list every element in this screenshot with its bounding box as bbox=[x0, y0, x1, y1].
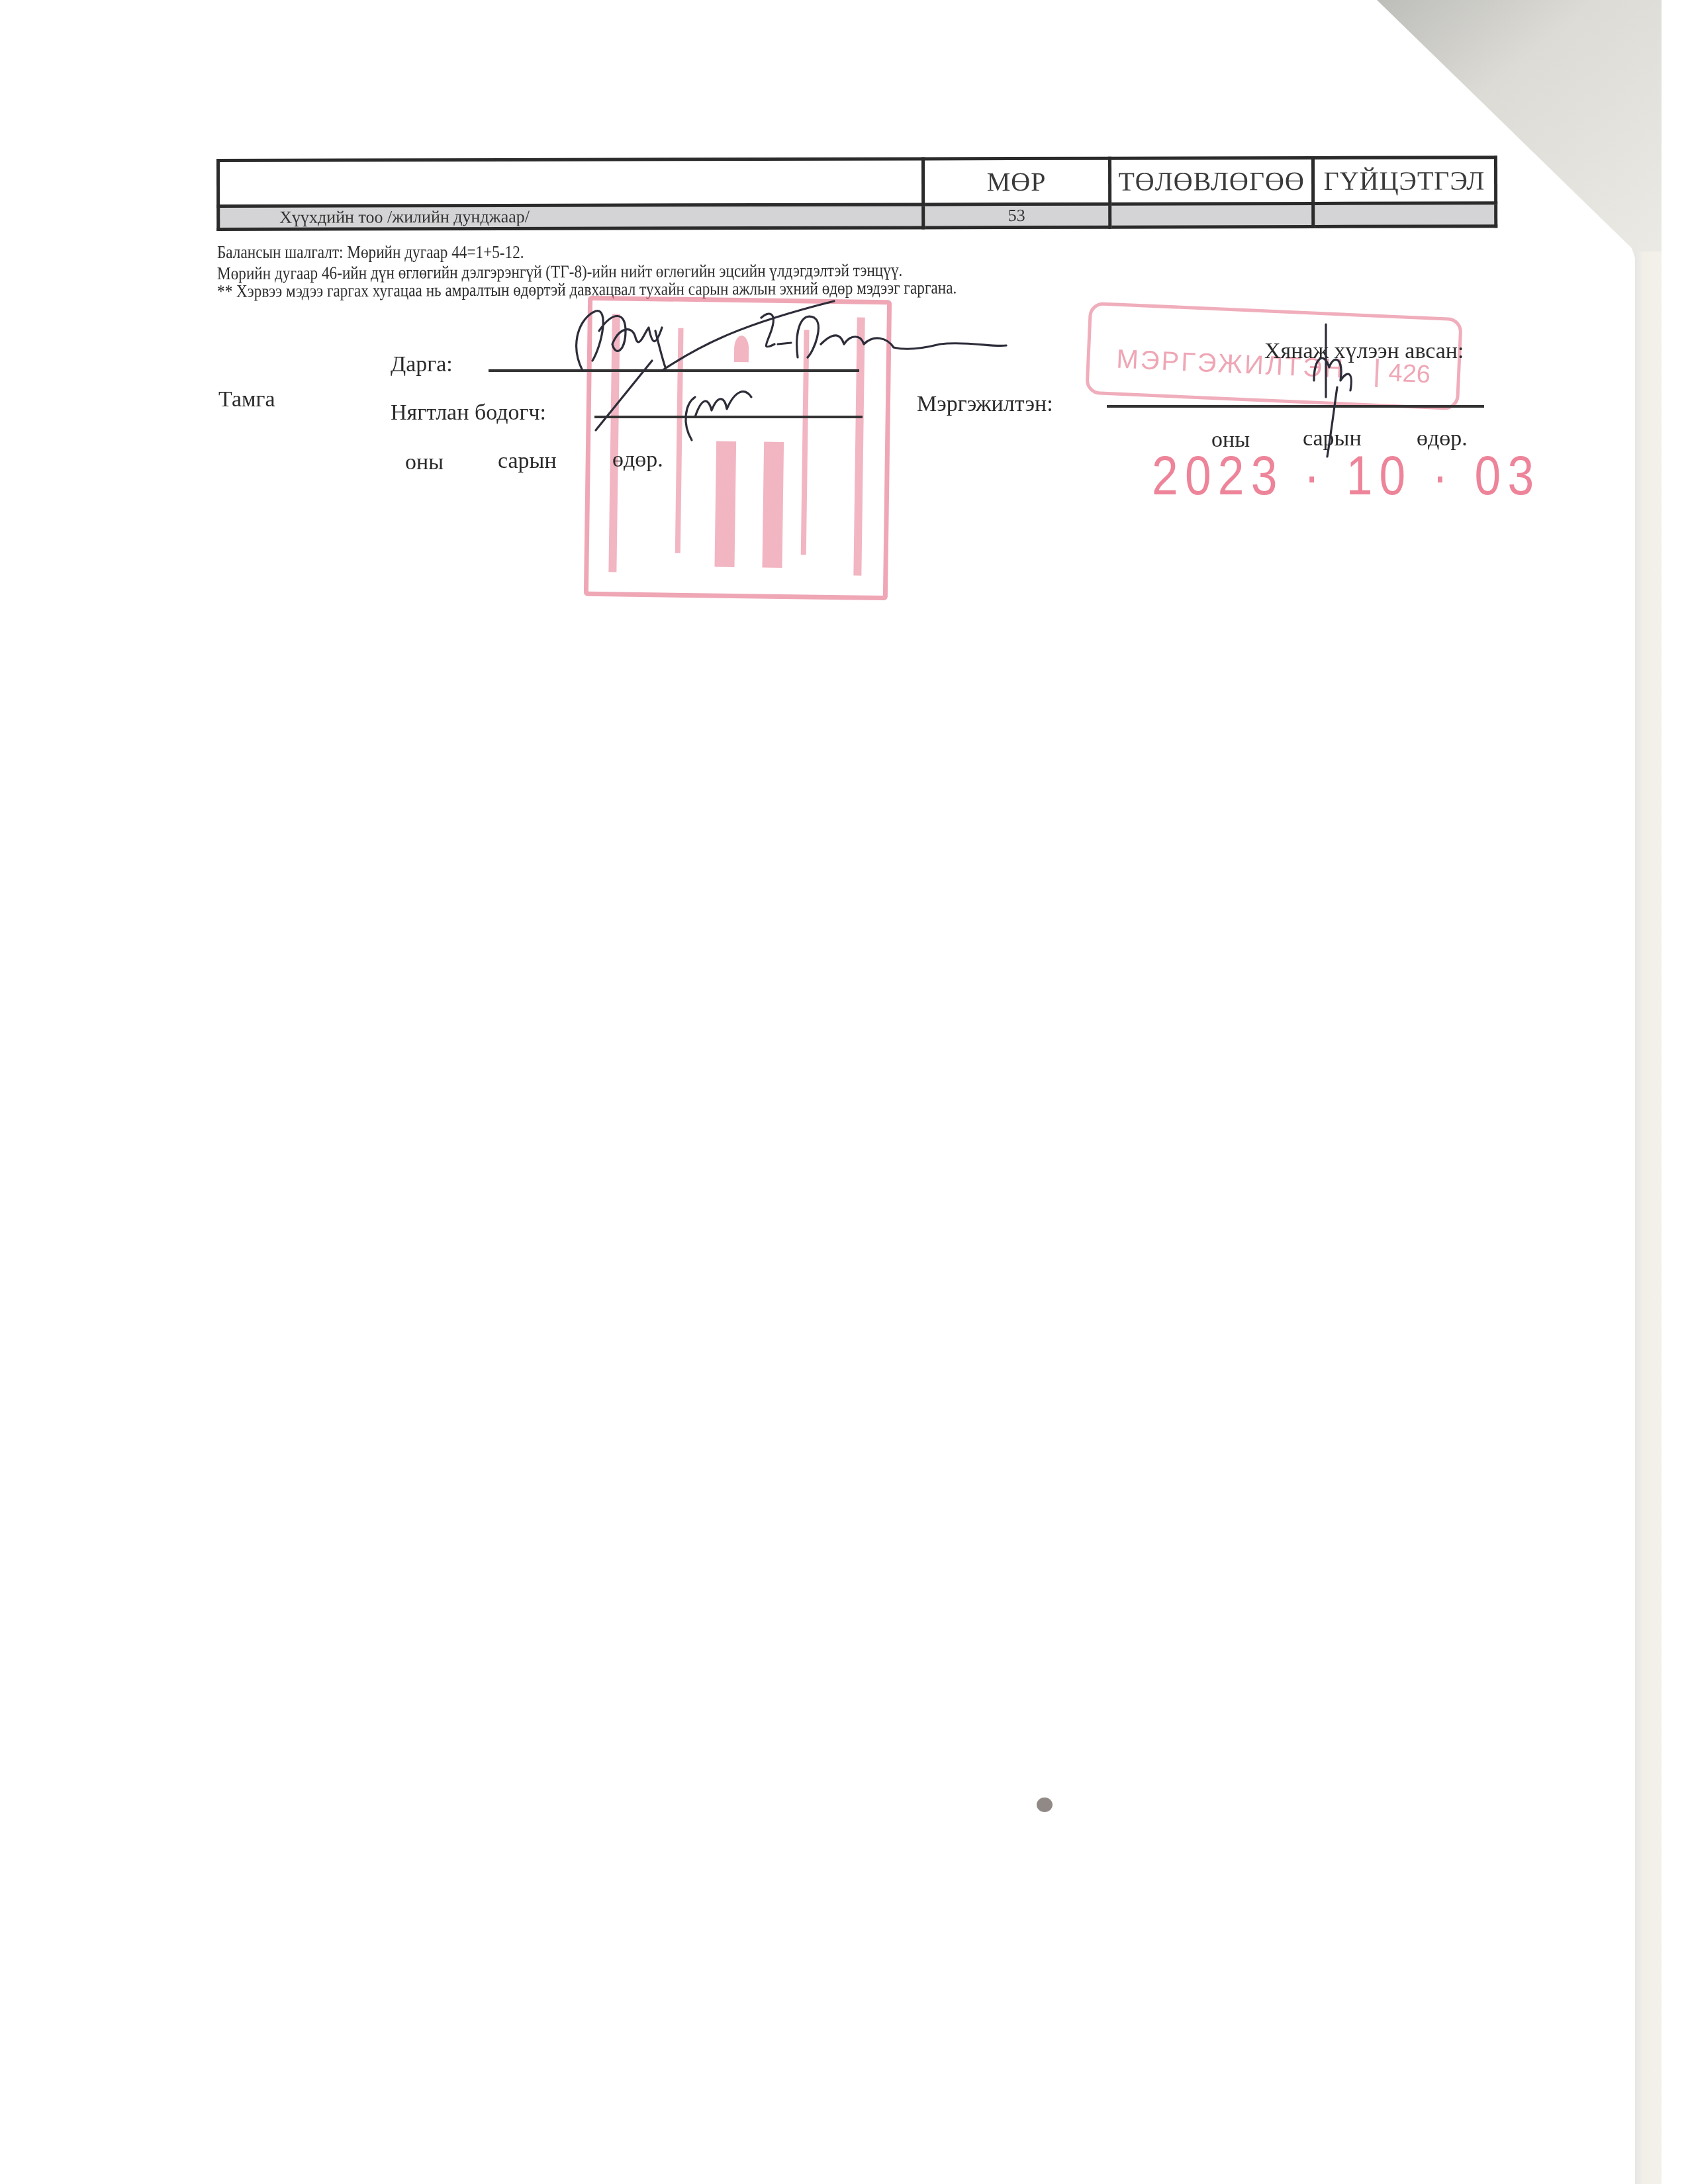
date-left-day: өдөр. bbox=[612, 447, 663, 473]
row-number: 53 bbox=[923, 204, 1110, 228]
table-row: Хүүхдийн тоо /жилийн дунджаар/ 53 bbox=[218, 203, 1496, 230]
seal-label: Тамга bbox=[218, 387, 275, 412]
date-right-day: өдөр. bbox=[1417, 426, 1468, 451]
header-plan: ТӨЛӨВЛӨГӨӨ bbox=[1110, 158, 1313, 204]
row-plan-value bbox=[1110, 203, 1313, 227]
row-label: Хүүхдийн тоо /жилийн дунджаар/ bbox=[218, 205, 923, 230]
table-header-row: МӨР ТӨЛӨВЛӨГӨӨ ГҮЙЦЭТГЭЛ bbox=[218, 158, 1496, 206]
indicator-table: МӨР ТӨЛӨВЛӨГӨӨ ГҮЙЦЭТГЭЛ Хүүхдийн тоо /ж… bbox=[216, 156, 1497, 231]
date-left-year: оны bbox=[405, 450, 444, 475]
reviewed-label: Хянаж хүлээн авсан: bbox=[1264, 339, 1464, 364]
director-label: Дарга: bbox=[391, 352, 453, 377]
date-left-month: сарын bbox=[498, 449, 557, 474]
date-right-year: оны bbox=[1211, 428, 1250, 453]
balance-check-note: Балансын шалгалт: Мөрийн дугаар 44=1+5-1… bbox=[217, 242, 524, 263]
accountant-label: Нягтлан бодогч: bbox=[391, 400, 546, 426]
scan-speck bbox=[1037, 1797, 1053, 1812]
row-actual-value bbox=[1313, 203, 1496, 227]
director-signature-line bbox=[489, 369, 859, 372]
date-right-month: сарын bbox=[1303, 426, 1362, 451]
deadline-note: ** Хэрвээ мэдээ гаргах хугацаа нь амралт… bbox=[217, 277, 957, 302]
header-blank bbox=[218, 159, 923, 206]
specialist-label: Мэргэжилтэн: bbox=[917, 392, 1053, 417]
header-row-number: МӨР bbox=[923, 158, 1110, 205]
scan-edge-strip bbox=[1635, 251, 1662, 2184]
date-stamp: 2023 · 10 · 03 bbox=[1152, 443, 1540, 508]
header-actual: ГҮЙЦЭТГЭЛ bbox=[1313, 158, 1496, 204]
specialist-signature-line bbox=[1107, 405, 1484, 408]
accountant-signature-line bbox=[594, 416, 863, 418]
